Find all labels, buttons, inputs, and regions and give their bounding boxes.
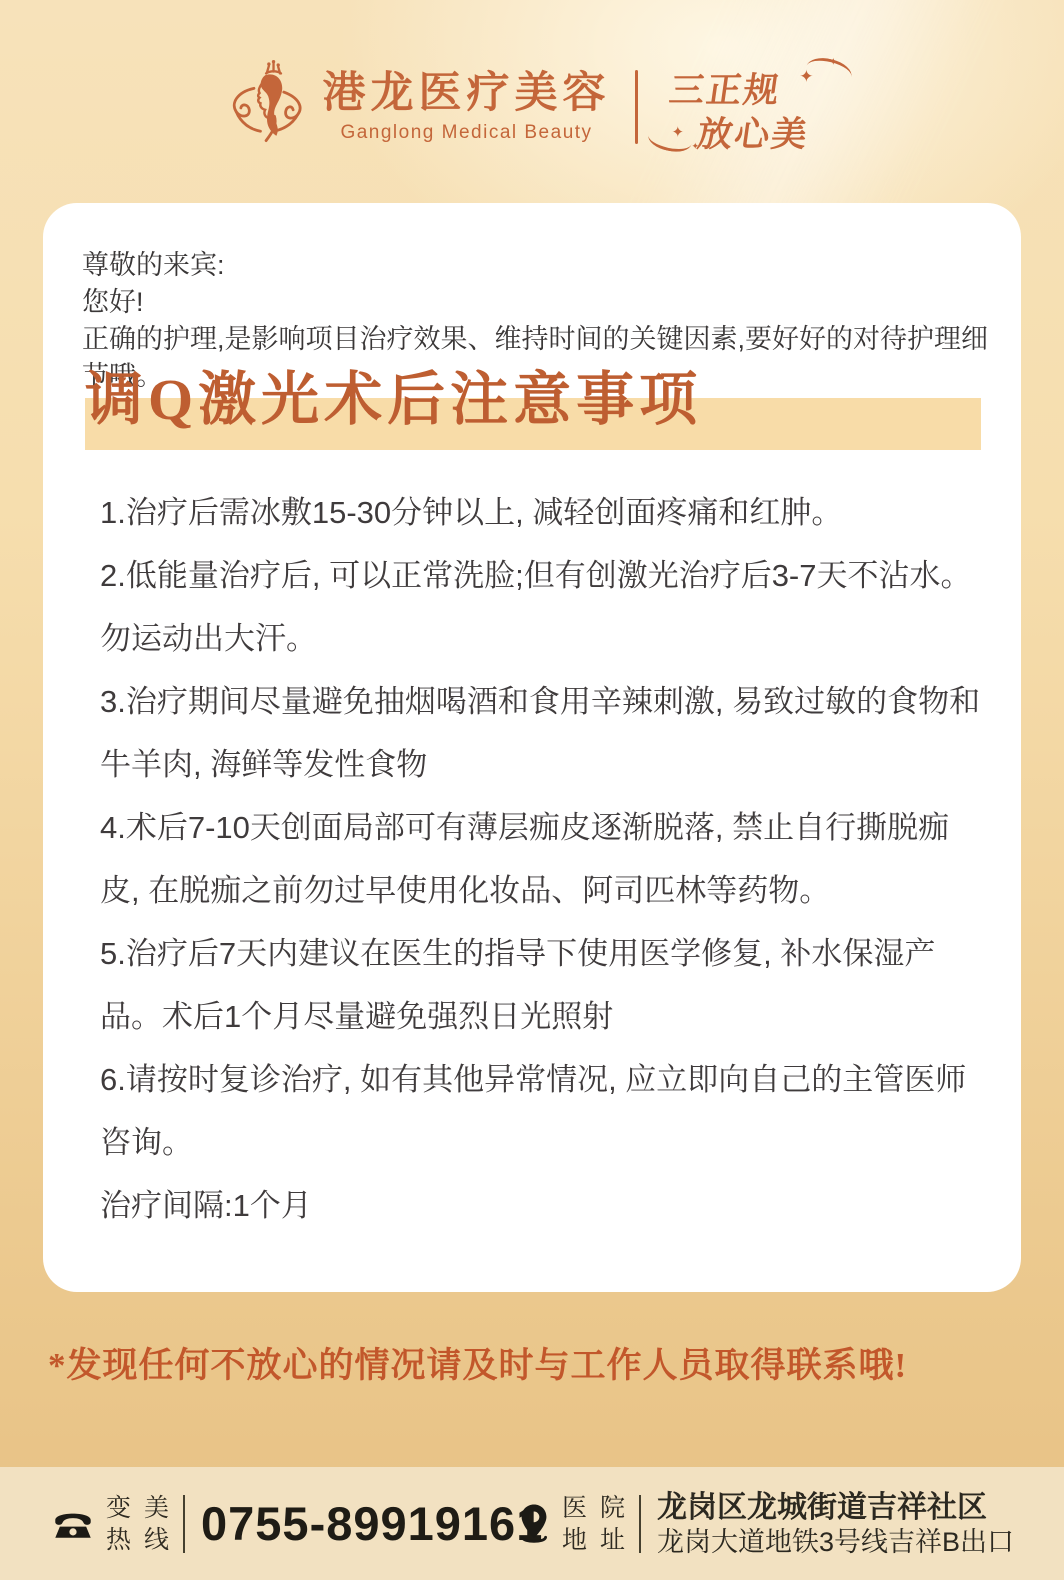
address-group: 医院 地址 龙岗区龙城街道吉祥社区 龙岗大道地铁3号线吉祥B出口 <box>518 1467 1014 1580</box>
address-label: 医院 地址 <box>562 1492 625 1556</box>
footer-bar: 变美 热线 0755-89919161 医院 地址 龙岗区龙城街道吉祥社区 龙岗… <box>0 1467 1064 1580</box>
slogan-line1: 三正规 <box>666 63 784 113</box>
address-label-line2: 地址 <box>562 1524 638 1556</box>
treatment-interval: 治疗间隔:1个月 <box>100 1174 984 1237</box>
footer-divider <box>183 1495 185 1553</box>
instructions-card: 尊敬的来宾: 您好! 正确的护理,是影响项目治疗效果、维持时间的关键因素,要好好… <box>43 203 1021 1292</box>
list-item: 3.治疗期间尽量避免抽烟喝酒和食用辛辣刺激, 易致过敏的食物和牛羊肉, 海鲜等发… <box>100 670 984 796</box>
brand-name-cn: 港龙医疗美容 <box>323 70 611 117</box>
hotline-label-line1: 变美 <box>106 1492 182 1524</box>
hotline-label-line2: 热线 <box>106 1524 182 1556</box>
address-text: 龙岗区龙城街道吉祥社区 龙岗大道地铁3号线吉祥B出口 <box>657 1489 1014 1559</box>
page-title: 调Q激光术后注意事项 <box>85 367 702 434</box>
greeting-hello: 您好! <box>82 284 992 321</box>
hotline-number: 0755-89919161 <box>201 1496 543 1551</box>
sparkle-icon: ✦ <box>692 141 700 152</box>
list-item: 2.低能量治疗后, 可以正常洗脸;但有创激光治疗后3-7天不沾水。勿运动出大汗。 <box>100 544 984 670</box>
location-pin-icon <box>518 1501 550 1547</box>
list-item: 5.治疗后7天内建议在医生的指导下使用医学修复, 补水保湿产品。术后1个月尽量避… <box>100 922 984 1048</box>
list-item: 4.术后7-10天创面局部可有薄层痂皮逐渐脱落, 禁止自行撕脱痂皮, 在脱痂之前… <box>100 796 984 922</box>
brand-header: 港龙医疗美容 Ganglong Medical Beauty 三正规 放心美 ✦… <box>0 58 1064 156</box>
brand-text: 港龙医疗美容 Ganglong Medical Beauty <box>323 70 611 144</box>
telephone-icon <box>52 1508 94 1540</box>
instruction-list: 1.治疗后需冰敷15-30分钟以上, 减轻创面疼痛和红肿。 2.低能量治疗后, … <box>100 481 984 1237</box>
address-line1: 龙岗区龙城街道吉祥社区 <box>657 1489 1014 1526</box>
brand-name-en: Ganglong Medical Beauty <box>340 122 592 144</box>
hotline-group: 变美 热线 0755-89919161 <box>52 1467 543 1580</box>
footer-divider <box>639 1495 641 1553</box>
address-line2: 龙岗大道地铁3号线吉祥B出口 <box>657 1526 1014 1559</box>
slogan-badge: 三正规 放心美 ✦ ✦ ✦ ✦ <box>662 59 840 155</box>
contact-warning-note: *发现任何不放心的情况请及时与工作人员取得联系哦! <box>48 1338 1008 1388</box>
aftercare-poster: 港龙医疗美容 Ganglong Medical Beauty 三正规 放心美 ✦… <box>0 0 1064 1580</box>
woman-crown-logo-icon <box>225 58 309 156</box>
hotline-label: 变美 热线 <box>106 1492 169 1556</box>
swoosh-decoration <box>646 124 694 156</box>
list-item: 1.治疗后需冰敷15-30分钟以上, 减轻创面疼痛和红肿。 <box>100 481 984 544</box>
header-divider <box>635 70 638 144</box>
address-label-line1: 医院 <box>562 1492 638 1524</box>
slogan-line2: 放心美 <box>694 107 812 157</box>
list-item: 6.请按时复诊治疗, 如有其他异常情况, 应立即向自己的主管医师咨询。 <box>100 1048 984 1174</box>
greeting-salutation: 尊敬的来宾: <box>82 247 992 284</box>
